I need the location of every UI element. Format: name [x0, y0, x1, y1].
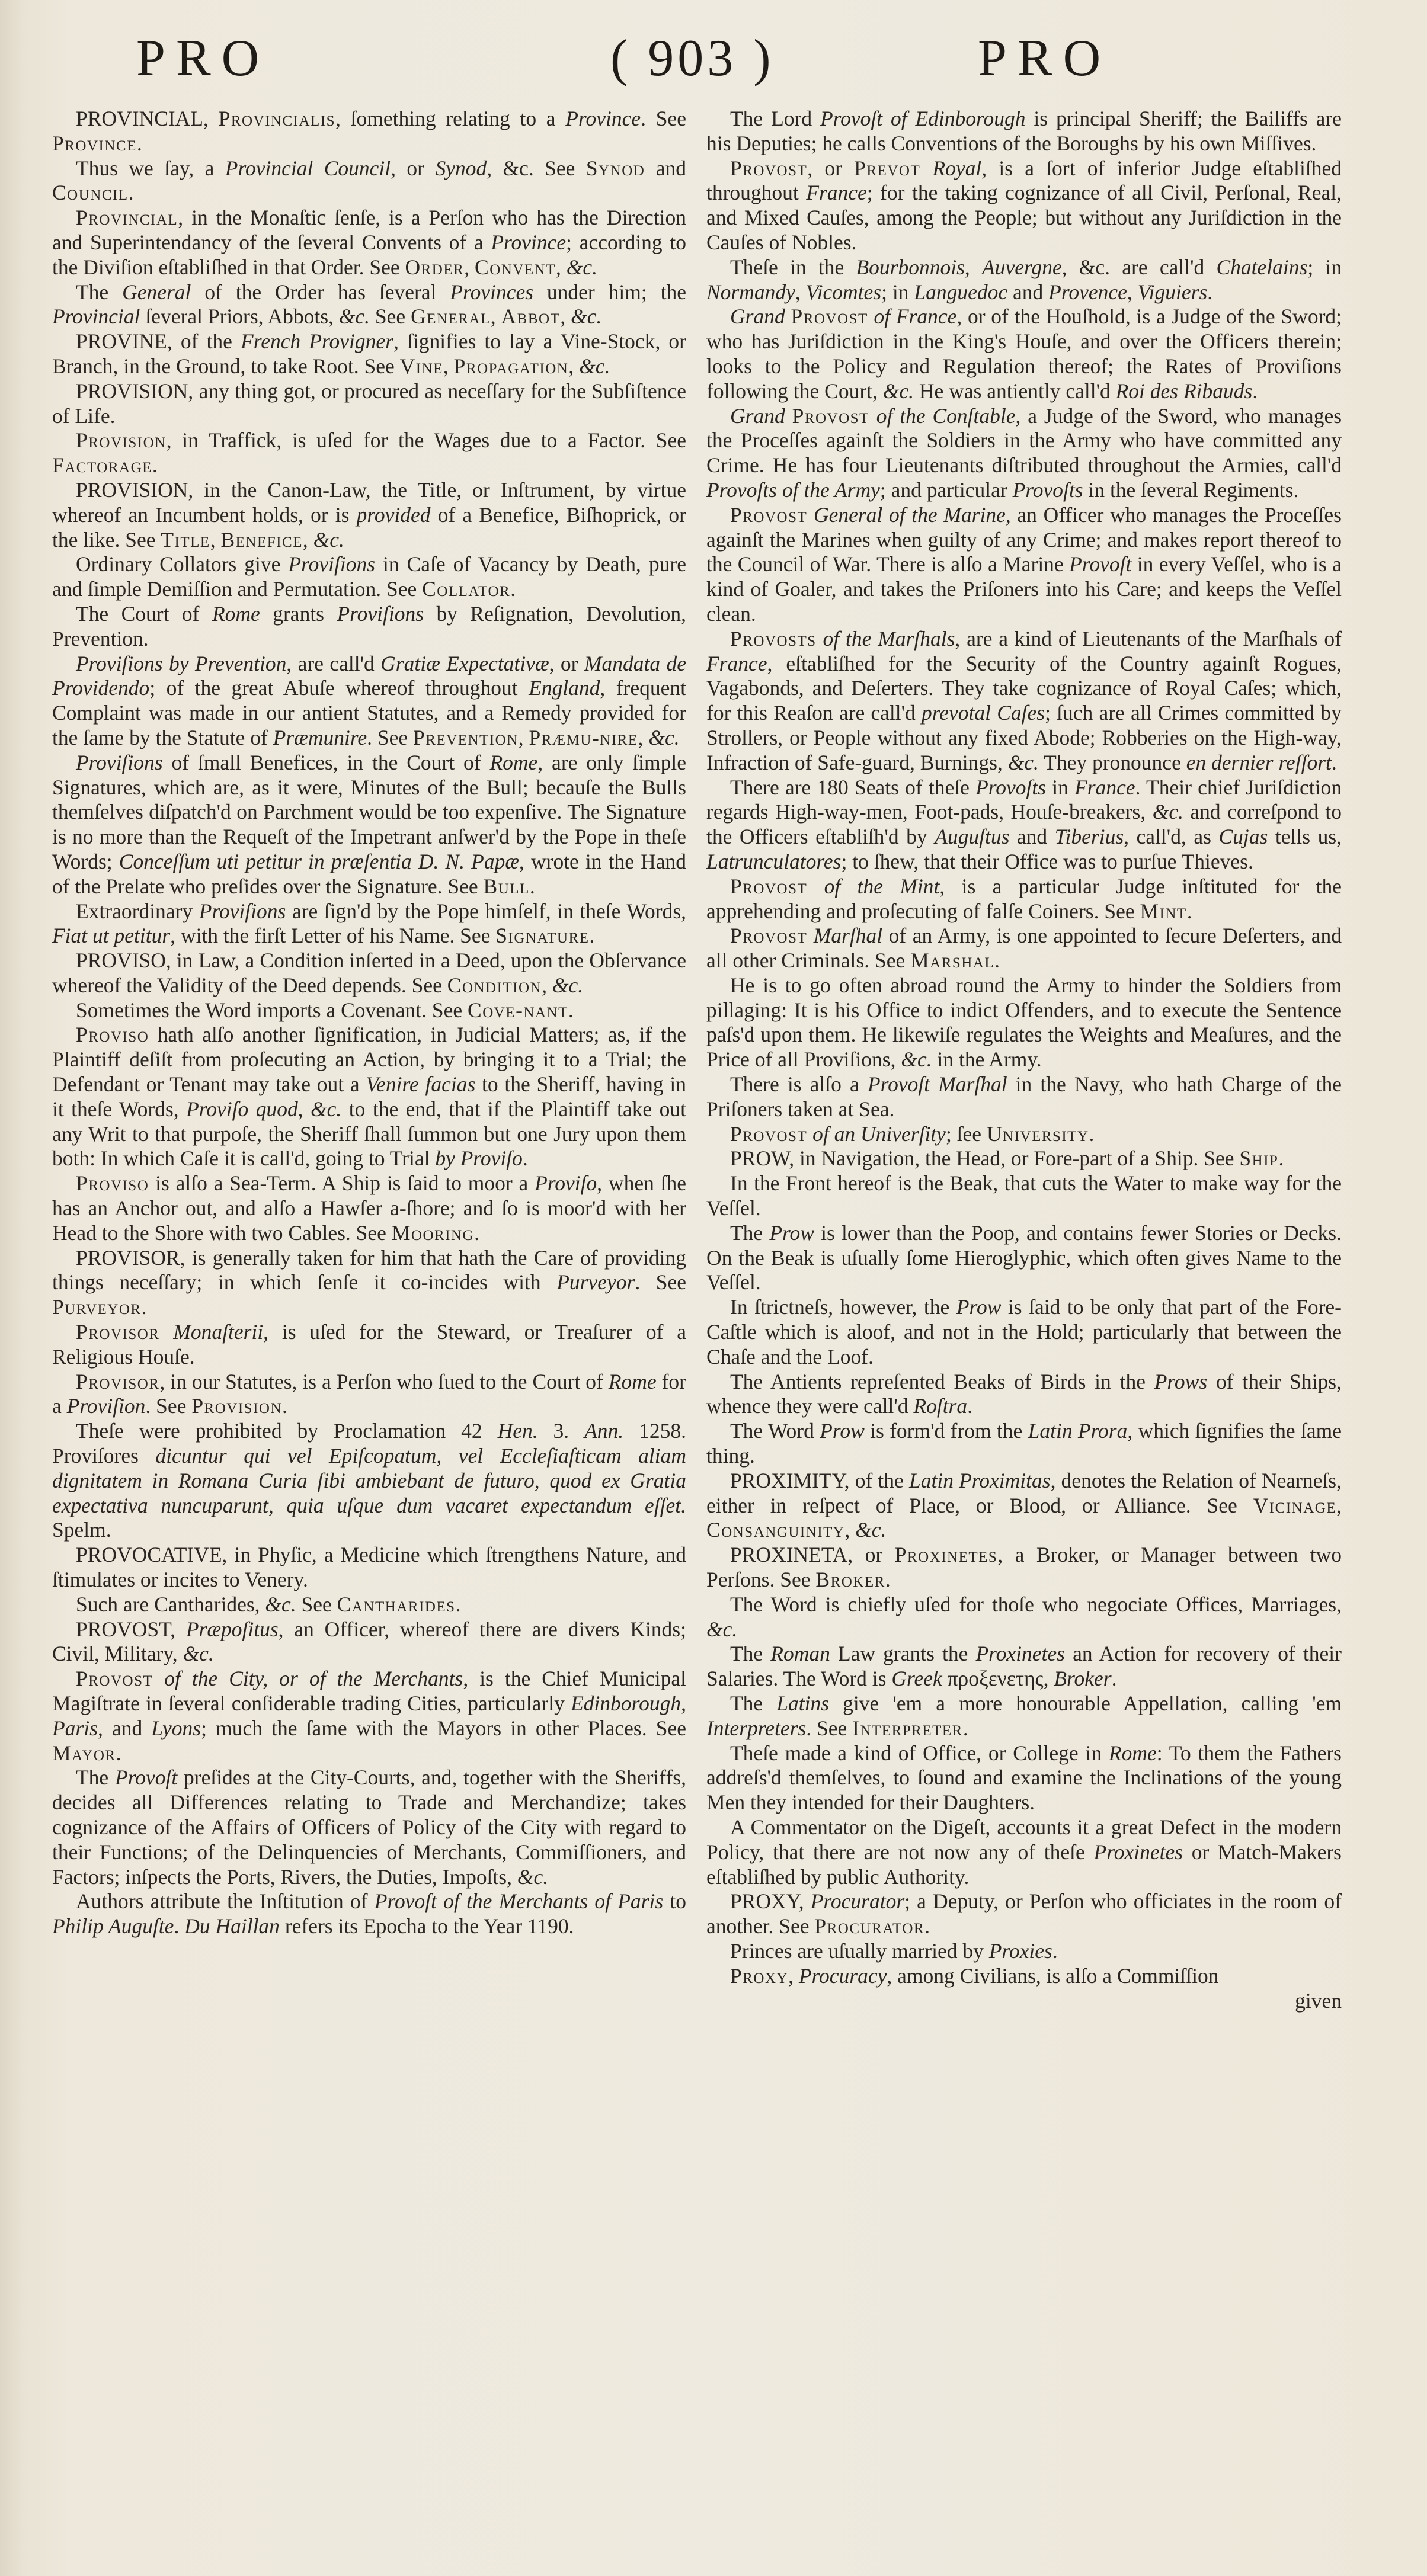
entry-paragraph: The Antients repreſented Beaks of Birds … [706, 1370, 1342, 1420]
italic-text: General [122, 280, 191, 304]
text-run [807, 503, 814, 527]
italic-text: en dernier reſſort [1186, 751, 1332, 774]
text-run: , with the firſt Letter of his Name. See [170, 924, 495, 947]
small-caps-text: Factorage [52, 453, 152, 477]
italic-text: &c. [1008, 751, 1039, 774]
small-caps-text: Provisor [76, 1370, 160, 1393]
italic-text: Roman [770, 1642, 830, 1665]
italic-text: of the Conſtable [876, 404, 1016, 428]
italic-text: Rome [1109, 1741, 1157, 1765]
text-run: , [519, 726, 529, 749]
italic-text: Proviſion [67, 1394, 146, 1418]
text-run: . [967, 1394, 972, 1418]
italic-text: of France [874, 305, 956, 328]
text-run: . [152, 453, 158, 477]
italic-text: provided [357, 503, 431, 527]
entry-paragraph: PROW, in Navigation, the Head, or Fore-p… [706, 1146, 1342, 1171]
text-run: They pronounce [1039, 751, 1186, 774]
small-caps-text: Mint [1140, 899, 1186, 923]
italic-text: Provoſts [1013, 478, 1083, 502]
text-run: . [137, 132, 142, 155]
italic-text: of the Marſhals [823, 627, 955, 651]
text-run: in the Army. [932, 1047, 1042, 1071]
text-run: Ordinary Collators give [76, 552, 288, 576]
italic-text: &c. [567, 255, 597, 279]
italic-text: Normandy [706, 280, 795, 304]
text-run: , [638, 726, 649, 749]
text-run: , [210, 528, 221, 552]
text-run: grants [260, 602, 337, 626]
italic-text: Interpreters [706, 1716, 806, 1740]
dictionary-page: PRO ( 903 ) PRO PROVINCIAL, Provincialis… [0, 0, 1427, 2576]
text-run: , [1127, 280, 1138, 304]
text-run: . [1278, 1146, 1284, 1170]
small-caps-text: Marshal [910, 949, 994, 972]
entry-paragraph: PROVOCATIVE, in Phyſic, a Medicine which… [52, 1543, 686, 1593]
italic-text: Marſhal [814, 924, 882, 947]
italic-text: Greek [891, 1667, 942, 1690]
italic-text: Proviſions [76, 751, 163, 774]
italic-text: French Provigner [241, 329, 393, 353]
italic-text: Rome [489, 751, 537, 774]
italic-text: &c. [1153, 800, 1183, 824]
small-caps-text: Signature [495, 924, 589, 947]
text-run: The Word [730, 1419, 820, 1443]
small-caps-text: Cantharides [337, 1593, 456, 1616]
catchword: given [706, 1989, 1342, 2014]
text-run: , or [391, 156, 435, 180]
entry-paragraph: The Word Prow is form'd from the Latin P… [706, 1419, 1342, 1469]
text-run: to [663, 1889, 686, 1913]
text-run: , [556, 255, 567, 279]
text-run: . [282, 1394, 287, 1418]
text-run: The Lord [730, 107, 820, 130]
small-caps-text: Order [405, 255, 464, 279]
italic-text: Rome [212, 602, 260, 626]
small-caps-text: Collator [422, 577, 510, 601]
italic-text: Prow [956, 1295, 1002, 1319]
text-run: ; to ſhew, that their Office was to purſ… [841, 850, 1253, 873]
italic-text: &c. [183, 1642, 214, 1665]
italic-text: Provoſt [1069, 552, 1131, 576]
text-run: of ſmall Benefices, in the Court of [163, 751, 490, 774]
text-run: See [296, 1593, 337, 1616]
text-run: is form'd from the [865, 1419, 1028, 1443]
entry-paragraph: Proviso hath alſo another ſignification,… [52, 1023, 686, 1171]
text-run: PROXY, [730, 1889, 811, 1913]
small-caps-text: Benefice [220, 528, 302, 552]
text-run: , ſomething relating to a [335, 107, 565, 130]
italic-text: Proviſions by Prevention [76, 652, 286, 675]
small-caps-text: Interpreter [852, 1716, 963, 1740]
text-run: , call'd, as [1124, 825, 1218, 848]
italic-text: &c. [571, 305, 601, 328]
italic-text: Ann. [584, 1419, 623, 1443]
italic-text: Prows [1154, 1370, 1207, 1393]
italic-text: &c. [313, 528, 344, 552]
text-run: . [1052, 1939, 1058, 1963]
italic-text: Latin Prora [1028, 1419, 1128, 1443]
italic-text: Provoſt Marſhal [868, 1072, 1007, 1096]
italic-text: prevotal Caſes [922, 701, 1045, 725]
text-run: . [994, 949, 1000, 972]
italic-text: &c. [706, 1617, 737, 1641]
text-run [869, 404, 876, 428]
entry-paragraph: There are 180 Seats of theſe Provoſts in… [706, 776, 1342, 874]
italic-text: Chatelains [1216, 255, 1307, 279]
text-run: , [443, 354, 454, 378]
entry-paragraph: The Provoſt preſides at the City-Courts,… [52, 1766, 686, 1889]
entry-paragraph: Provost of an Univerſity; ſee University… [706, 1122, 1342, 1147]
text-run: The [730, 1221, 769, 1245]
text-run: The [76, 1766, 115, 1789]
italic-text: Proviſo [535, 1171, 597, 1195]
entry-paragraph: PROXIMITY, of the Latin Proximitas, deno… [706, 1469, 1342, 1543]
text-run: , [795, 280, 806, 304]
entry-paragraph: PROVISION, in the Canon-Law, the Title, … [52, 478, 686, 552]
text-run: PROVISION, any thing got, or procured as… [52, 379, 686, 428]
small-caps-text: Vicinage [1253, 1494, 1336, 1517]
italic-text: Proviſions [199, 899, 286, 923]
text-run: and [1007, 280, 1048, 304]
text-run: . [1207, 280, 1212, 304]
entry-paragraph: Grand Provost of the Conſtable, a Judge … [706, 404, 1342, 503]
text-run: . [129, 181, 134, 204]
text-run: PROW, in Navigation, the Head, or Fore-p… [730, 1146, 1239, 1170]
italic-text: Conceſſum uti petitur in præſentia D. N.… [119, 850, 519, 873]
small-caps-text: Provost [730, 503, 807, 527]
entry-paragraph: Provost of the Mint, is a particular Jud… [706, 874, 1342, 924]
text-run: Sometimes the Word imports a Covenant. S… [76, 998, 468, 1022]
entry-paragraph: Thus we ſay, a Provincial Council, or Sy… [52, 156, 686, 206]
small-caps-text: Provincialis [219, 107, 335, 130]
small-caps-text: Ship [1239, 1146, 1278, 1170]
text-run: He was antiently call'd [914, 379, 1116, 403]
text-run: . [174, 1914, 184, 1938]
text-run: , and [98, 1716, 151, 1740]
text-run: The Court of [76, 602, 212, 626]
text-run [920, 156, 932, 180]
text-run: In ſtrictneſs, however, the [730, 1295, 956, 1319]
text-run: . See [641, 107, 686, 130]
text-run: are ſign'd by the Pope himſelf, in theſe… [286, 899, 686, 923]
small-caps-text: Province [52, 132, 137, 155]
entry-paragraph: Provosts of the Marſhals, are a kind of … [706, 627, 1342, 776]
small-caps-text: Propagation [454, 354, 569, 378]
entry-paragraph: Proviſions by Prevention, are call'd Gra… [52, 652, 686, 751]
text-run: , in our Statutes, is a Perſon who ſued … [160, 1370, 609, 1393]
italic-text: Lyons [151, 1716, 201, 1740]
italic-text: Bourbonnois [856, 255, 964, 279]
italic-text: England [529, 676, 600, 700]
text-run: , [464, 255, 475, 279]
text-run: Theſe were prohibited by Proclamation 42 [76, 1419, 498, 1443]
italic-text: Latrunculatores [706, 850, 841, 873]
small-caps-text: Proxy [730, 1964, 788, 1988]
small-caps-text: Broker [815, 1568, 885, 1591]
entry-paragraph: Provost General of the Marine, an Office… [706, 503, 1342, 627]
small-caps-text: Provost [730, 156, 807, 180]
italic-text: Auvergne [982, 255, 1062, 279]
entry-paragraph: Provisor Monaſterii, is uſed for the Ste… [52, 1320, 686, 1370]
entry-paragraph: The Roman Law grants the Proxinetes an A… [706, 1642, 1342, 1691]
small-caps-text: Præmu-nire [529, 726, 638, 749]
text-run: , [965, 255, 982, 279]
header-right-guideword: PRO [978, 28, 1111, 88]
italic-text: Provoſts [975, 776, 1046, 799]
entry-paragraph: The General of the Order has ſeveral Pro… [52, 280, 686, 330]
text-run: ; and particular [880, 478, 1013, 502]
text-run [868, 305, 874, 328]
italic-text: Provinces [450, 280, 533, 304]
italic-text: Province [491, 230, 566, 254]
text-run: . [456, 1593, 461, 1616]
italic-text: of an Univerſity [812, 1122, 946, 1146]
small-caps-text: Synod [586, 156, 645, 180]
text-run: ; in [881, 280, 914, 304]
text-run: in the ſeveral Regiments. [1083, 478, 1299, 502]
text-run: tells us, [1268, 825, 1342, 848]
small-caps-text: Cove-nant [468, 998, 568, 1022]
italic-text: &c. [311, 1097, 341, 1121]
small-caps-text: Provost [730, 924, 807, 947]
entry-paragraph: PROVINCIAL, Provincialis, ſomething rela… [52, 107, 686, 156]
text-run: ; ſee [946, 1122, 987, 1146]
text-run: Authors attribute the Inſtitution of [76, 1889, 375, 1913]
text-run: . [924, 1914, 930, 1938]
italic-text: Edinborough [571, 1691, 681, 1715]
italic-text: by Proviſo [435, 1146, 523, 1170]
text-run: Theſe made a kind of Office, or College … [730, 1741, 1109, 1765]
small-caps-text: Purveyor [52, 1295, 142, 1319]
entry-paragraph: In the Front hereof is the Beak, that cu… [706, 1171, 1342, 1221]
entry-paragraph: Theſe in the Bourbonnois, Auvergne, &c. … [706, 255, 1342, 305]
small-caps-text: University [987, 1122, 1089, 1146]
italic-text: Grand [730, 404, 785, 428]
text-run: . [568, 998, 574, 1022]
italic-text: General of the Marine [814, 503, 1006, 527]
text-run: is alſo a Sea-Term. A Ship is ſaid to mo… [149, 1171, 535, 1195]
text-run: . [510, 577, 516, 601]
italic-text: &c. [901, 1047, 932, 1071]
italic-text: Proviſions [337, 602, 424, 626]
text-run: , [788, 1964, 799, 1988]
left-column: PROVINCIAL, Provincialis, ſomething rela… [52, 107, 686, 1939]
text-run: The [730, 1642, 770, 1665]
italic-text: Roi des Ribauds [1116, 379, 1253, 403]
italic-text: Gratiæ Expectativæ [380, 652, 549, 675]
text-run: PROVOST, [76, 1617, 186, 1641]
text-run: , [303, 528, 313, 552]
small-caps-text: Abbot [501, 305, 561, 328]
text-run: The [730, 1691, 776, 1715]
italic-text: of the City, or of the Merchants [164, 1667, 463, 1690]
small-caps-text: Provosts [730, 627, 817, 651]
entry-paragraph: PROXY, Procurator; a Deputy, or Perſon w… [706, 1889, 1342, 1939]
italic-text: Latins [776, 1691, 829, 1715]
text-run: refers its Epocha to the Year 1190. [280, 1914, 574, 1938]
entry-paragraph: Theſe made a kind of Office, or College … [706, 1741, 1342, 1815]
text-run: , among Civilians, is alſo a Commiſſion [887, 1964, 1218, 1988]
right-column: The Lord Provoſt of Edinborough is princ… [706, 107, 1342, 2013]
text-run: PROVINE, of the [76, 329, 241, 353]
small-caps-text: Council [52, 181, 129, 204]
text-run: and [645, 156, 686, 180]
entry-paragraph: Ordinary Collators give Proviſions in Ca… [52, 552, 686, 602]
italic-text: &c. [265, 1593, 296, 1616]
text-run: Such are Cantharides, [76, 1593, 265, 1616]
text-run: 3. [538, 1419, 585, 1443]
text-run [160, 1320, 174, 1344]
text-run [807, 1122, 812, 1146]
entry-paragraph: Proxy, Procuracy, among Civilians, is al… [706, 1964, 1342, 1989]
text-run: Extraordinary [76, 899, 199, 923]
text-run: . See [806, 1716, 852, 1740]
small-caps-text: Prevot [854, 156, 920, 180]
small-caps-text: Provost [76, 1667, 153, 1690]
italic-text: France [806, 181, 867, 204]
entry-paragraph: PROXINETA, or Proxinetes, a Broker, or M… [706, 1543, 1342, 1593]
text-run: , [542, 973, 552, 997]
italic-text: Purveyor [556, 1270, 635, 1294]
text-run: , [568, 354, 579, 378]
text-run: The Word is chiefly uſed for thoſe who n… [730, 1593, 1342, 1616]
italic-text: Languedoc [914, 280, 1007, 304]
text-run: ſeveral Priors, Abbots, [140, 305, 339, 328]
text-run: . [474, 1221, 479, 1245]
italic-text: Du Haillan [184, 1914, 280, 1938]
italic-text: Provoſt [115, 1766, 177, 1789]
text-run: ; in [1307, 255, 1342, 279]
italic-text: Venire facias [366, 1072, 475, 1096]
entry-paragraph: Provost, or Prevot Royal, is a ſort of i… [706, 156, 1342, 255]
text-run: The Antients repreſented Beaks of Birds … [730, 1370, 1154, 1393]
small-caps-text: General [411, 305, 491, 328]
text-run: . [523, 1146, 528, 1170]
small-caps-text: Consanguinity [706, 1518, 844, 1542]
italic-text: Latin Proximitas [909, 1469, 1051, 1492]
text-run: In the Front hereof is the Beak, that cu… [706, 1171, 1342, 1220]
text-run: PROVINCIAL, [76, 107, 219, 130]
entry-paragraph: There is alſo a Provoſt Marſhal in the N… [706, 1072, 1342, 1122]
italic-text: &c. [883, 379, 914, 403]
italic-text: Hen. [498, 1419, 538, 1443]
small-caps-text: Mayor [52, 1741, 116, 1765]
entry-paragraph: The Latins give 'em a more honourable Ap… [706, 1691, 1342, 1741]
text-run: . [116, 1741, 121, 1765]
text-run: . [1332, 751, 1337, 774]
text-run: , &c. See [487, 156, 586, 180]
text-run: . [142, 1295, 147, 1319]
running-header: PRO ( 903 ) PRO [0, 28, 1427, 100]
small-caps-text: Proviso [76, 1171, 149, 1195]
text-run: , or [807, 156, 854, 180]
italic-text: Proxinetes [976, 1642, 1066, 1665]
entry-paragraph: Princes are uſually married by Proxies. [706, 1939, 1342, 1964]
entry-paragraph: PROVISION, any thing got, or procured as… [52, 379, 686, 429]
entry-paragraph: Provisor, in our Statutes, is a Perſon w… [52, 1370, 686, 1420]
italic-text: Auguſtus [935, 825, 1009, 848]
text-run: Spelm. [52, 1518, 111, 1542]
entry-paragraph: Provision, in Traffick, is uſed for the … [52, 428, 686, 478]
italic-text: Viguiers [1138, 280, 1208, 304]
text-run: . [590, 924, 595, 947]
italic-text: Roſtra [913, 1394, 967, 1418]
entry-paragraph: Extraordinary Proviſions are ſign'd by t… [52, 899, 686, 949]
small-caps-text: Provost [730, 874, 807, 898]
entry-paragraph: The Lord Provoſt of Edinborough is princ… [706, 107, 1342, 156]
page-number: ( 903 ) [610, 28, 775, 88]
text-run: . [1252, 379, 1258, 403]
entry-paragraph: Provincial, in the Monaſtic ſenſe, is a … [52, 206, 686, 280]
text-run: , are a kind of Lieutenants of the Marſh… [955, 627, 1342, 651]
italic-text: Proxinetes [1094, 1840, 1183, 1864]
small-caps-text: Vine [400, 354, 443, 378]
text-run [807, 874, 824, 898]
text-run: in [1046, 776, 1074, 799]
italic-text: &c. [552, 973, 583, 997]
italic-text: &c. [855, 1518, 886, 1542]
italic-text: Provoſt of Edinborough [820, 107, 1026, 130]
text-run: and [1009, 825, 1054, 848]
text-run: . [885, 1568, 891, 1591]
text-run: . [1112, 1667, 1117, 1690]
small-caps-text: Provincial [76, 206, 178, 229]
italic-text: Philip Auguſte [52, 1914, 174, 1938]
small-caps-text: Provision [191, 1394, 282, 1418]
text-run: There are 180 Seats of theſe [730, 776, 975, 799]
small-caps-text: Procurator [814, 1914, 924, 1938]
italic-text: of the Mint [824, 874, 940, 898]
text-run: See [370, 305, 411, 328]
small-caps-text: Provost [792, 404, 869, 428]
text-run: of the Order has ſeveral [191, 280, 450, 304]
text-run: under him; the [533, 280, 686, 304]
small-caps-text: Provision [76, 428, 167, 452]
italic-text: Proviſions [288, 552, 375, 576]
italic-text: Broker [1054, 1667, 1111, 1690]
text-run: Thus we ſay, a [76, 156, 225, 180]
entry-paragraph: PROVISO, in Law, a Condition inſerted in… [52, 949, 686, 998]
entry-paragraph: The Court of Rome grants Proviſions by R… [52, 602, 686, 652]
small-caps-text: Title [161, 528, 210, 552]
text-run: ; much the ſame with the Mayors in other… [201, 1716, 686, 1740]
italic-text: Fiat ut petitur [52, 924, 170, 947]
entry-paragraph: Provost of the City, or of the Merchants… [52, 1667, 686, 1766]
text-run: ; of the great Abuſe whereof throughout [149, 676, 529, 700]
text-run: . [963, 1716, 968, 1740]
italic-text: Monaſterii [173, 1320, 263, 1344]
entry-paragraph: PROVISOR, is generally taken for him tha… [52, 1246, 686, 1320]
text-run: . [530, 874, 535, 898]
text-run: PROXIMITY, of the [730, 1469, 909, 1492]
text-run: There is alſo a [730, 1072, 868, 1096]
entry-paragraph: Theſe were prohibited by Proclamation 42… [52, 1419, 686, 1543]
small-caps-text: Proviso [76, 1023, 149, 1046]
text-run: . See [367, 726, 413, 749]
text-run [807, 924, 814, 947]
text-run [785, 404, 792, 428]
italic-text: Rome [609, 1370, 657, 1393]
italic-text: Præpoſitus [186, 1617, 279, 1641]
italic-text: France [1074, 776, 1135, 799]
italic-text: Tiberius [1055, 825, 1124, 848]
text-run [817, 627, 823, 651]
italic-text: Proviſo quod [186, 1097, 298, 1121]
text-run: , are call'd [286, 652, 380, 675]
text-run: PROVOCATIVE, in Phyſic, a Medicine which… [52, 1543, 686, 1591]
italic-text: &c. [579, 354, 610, 378]
